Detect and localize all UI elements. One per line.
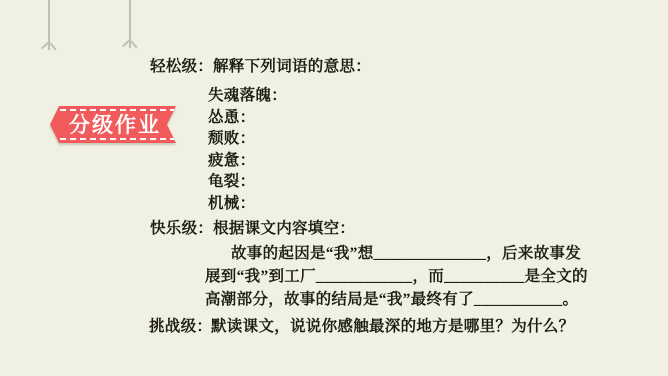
happy-task-title: 根据课文内容填空：	[213, 218, 355, 240]
vocab-item: 龟裂：	[208, 171, 287, 193]
fill-blank-line: 故事的起因是“我”想______________，后来故事发	[231, 243, 581, 265]
fill-blank-line: 展到“我”到工厂____________，而__________是全文的	[205, 266, 588, 288]
string-fork	[49, 42, 56, 50]
vocab-item: 机械：	[208, 193, 287, 215]
level-label-happy: 快乐级：	[150, 218, 213, 240]
vocab-item: 失魂落魄：	[208, 85, 287, 107]
page-title: 分级作业	[50, 109, 176, 139]
title-ribbon: 分级作业	[50, 106, 176, 143]
string-fork	[130, 40, 137, 48]
string-fork	[41, 42, 49, 50]
vocab-item: 疲惫：	[208, 150, 287, 172]
level-label-easy: 轻松级：	[150, 56, 213, 78]
slide-background: 分级作业 轻松级： 解释下列词语的意思： 失魂落魄： 怂恿： 颓败： 疲惫： 龟…	[0, 0, 668, 376]
level-label-challenge: 挑战级：	[149, 316, 212, 338]
hanging-string-right	[129, 0, 131, 48]
easy-task-title: 解释下列词语的意思：	[213, 56, 371, 78]
fill-blank-line: 高潮部分，故事的结局是“我”最终有了___________。	[205, 289, 578, 311]
challenge-task-title: 默读课文，说说你感触最深的地方是哪里？为什么？	[211, 316, 574, 338]
vocab-item: 颓败：	[208, 128, 287, 150]
hanging-string-left	[48, 0, 50, 50]
vocab-list: 失魂落魄： 怂恿： 颓败： 疲惫： 龟裂： 机械：	[208, 85, 287, 214]
title-ribbon-wrap: 分级作业	[25, 53, 151, 90]
vocab-item: 怂恿：	[208, 107, 287, 129]
string-fork	[122, 40, 130, 48]
